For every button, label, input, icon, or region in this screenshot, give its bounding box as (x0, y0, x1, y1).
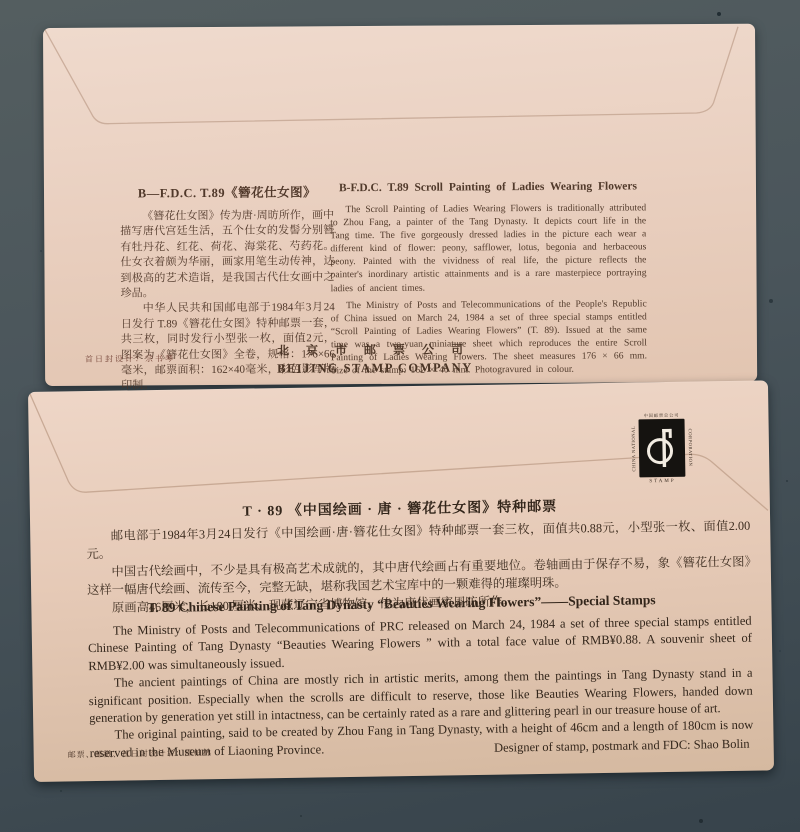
top-chinese-paragraph-1: 《簪花仕女图》传为唐·周昉所作，画中描写唐代宫廷生活，五个仕女的发髻分别簪有牡丹… (120, 208, 335, 302)
logo-text-corporation: CORPORATION (687, 419, 693, 477)
beijing-stamp-company-imprint: 北 京 市 邮 票 公 司 BEIJING STAMP COMPANY (277, 340, 457, 376)
top-chinese-title: B—F.D.C. T.89《簪花仕女图》 (120, 182, 334, 201)
stamp-corporation-emblem-icon (639, 419, 686, 478)
top-envelope-back: B—F.D.C. T.89《簪花仕女图》 《簪花仕女图》传为唐·周昉所作，画中描… (43, 24, 757, 386)
photo-background: B—F.D.C. T.89《簪花仕女图》 《簪花仕女图》传为唐·周昉所作，画中描… (0, 0, 800, 832)
top-english-paragraph-1: The Scroll Painting of Ladies Wearing Fl… (330, 201, 647, 295)
china-national-stamp-corporation-logo: 中国邮票总公司 CHINA NATIONAL CORPORATION STAMP (628, 412, 695, 489)
background-texture (0, 0, 2, 2)
top-fdc-designer-credit: 首日封设计：宗书琴 (85, 353, 175, 365)
company-name-chinese: 北 京 市 邮 票 公 司 (277, 340, 457, 358)
top-english-title: B-F.D.C. T.89 Scroll Painting of Ladies … (330, 180, 646, 194)
bottom-designer-credit-chinese: 邮票、邮戳、首日封设计者：邵柏林 (68, 747, 212, 760)
company-name-english: BEIJING STAMP COMPANY (277, 360, 457, 376)
bottom-envelope-back: 中国邮票总公司 CHINA NATIONAL CORPORATION STAMP… (28, 380, 774, 782)
logo-text-china-national: CHINA NATIONAL (631, 419, 637, 477)
logo-text-stamp: STAMP (639, 479, 685, 485)
